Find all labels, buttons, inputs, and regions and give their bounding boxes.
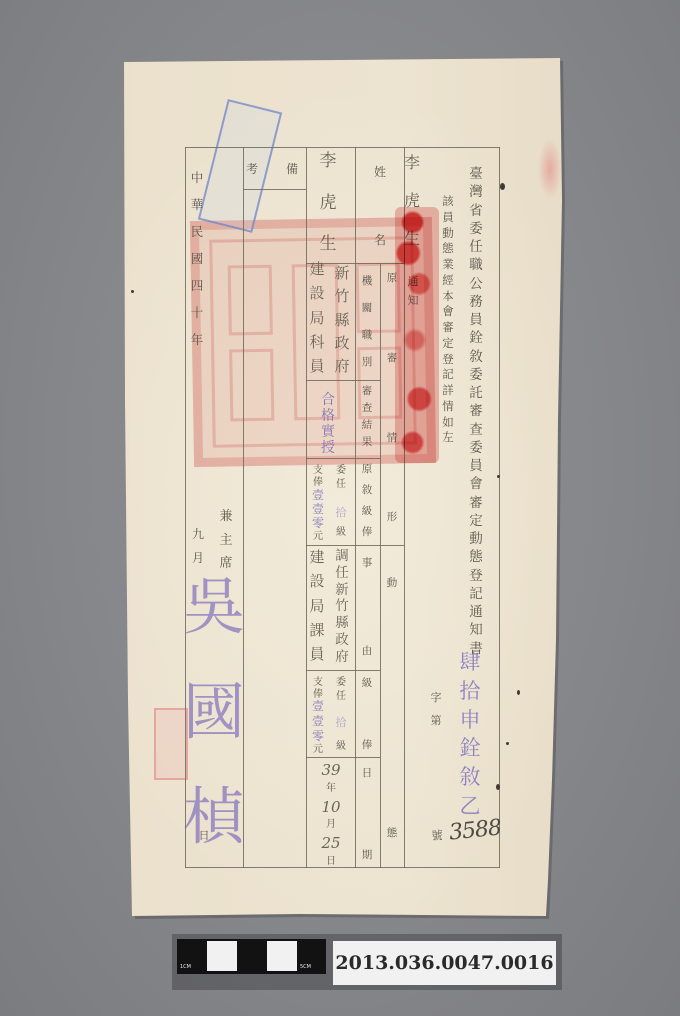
value-reason-line1: 調任新竹縣政府: [333, 550, 351, 664]
remarks-header: 備考: [246, 162, 298, 176]
label-reason: 事由: [360, 558, 374, 656]
document-subtitle: 該員動態業經本會審定登記詳情如左: [440, 196, 456, 444]
name-value: 李虎生: [317, 153, 339, 253]
value-original-grade: 拾: [334, 506, 348, 518]
value-review-result-stamp: 合格實授: [319, 393, 337, 455]
ink-speck: [496, 784, 500, 790]
value-change-pay-unit: 元: [311, 744, 325, 755]
name-header: 姓名: [372, 166, 388, 246]
signatory-title: 兼主席: [218, 510, 234, 570]
reference-zi-di: 字第: [429, 692, 443, 726]
ink-speck: [506, 742, 509, 745]
value-original-pay-label: 支俸: [311, 466, 325, 488]
label-date: 日期: [360, 768, 374, 860]
issue-date-month: 九月: [190, 528, 206, 564]
date-year-unit: 年: [326, 784, 336, 794]
value-change-grade: 拾: [334, 716, 348, 728]
scale-bar: 1CM 5CM: [177, 939, 326, 974]
value-change-pay: 壹壹零: [310, 700, 326, 742]
scale-end-label: 5CM: [300, 964, 311, 970]
value-reason-line2: 建設局課員: [308, 550, 326, 662]
ink-speck: [500, 183, 505, 190]
scale-start-label: 1CM: [180, 964, 191, 970]
value-original-rank: 委任: [334, 466, 348, 490]
reference-stamp: 肆拾申銓敘乙: [455, 652, 485, 817]
value-position: 建設局科員: [308, 262, 326, 374]
accession-number-label: 2013.036.0047.0016: [333, 941, 556, 985]
section-header-change: 動態: [385, 578, 399, 838]
label-review-result: 審查結果: [360, 386, 374, 448]
value-original-pay: 壹壹零: [310, 489, 326, 529]
value-change-pay-label: 支俸: [311, 678, 325, 700]
date-month: 10: [321, 800, 340, 815]
red-approval-seal: [395, 207, 439, 463]
label-original-grade-pay: 原敘級俸: [360, 464, 374, 538]
ink-speck: [497, 475, 500, 478]
date-year: 39: [321, 763, 340, 778]
value-change-grade-unit: 級: [334, 741, 348, 752]
photo-stage: 臺灣省委任職公務員銓敘委託審查委員會審定動態登記通知書 該員動態業經本會審定登記…: [0, 0, 680, 1016]
value-original-grade-unit: 級: [334, 527, 348, 538]
signatory-name-stamp: 吳國楨: [178, 576, 250, 848]
date-day-unit: 日: [326, 857, 336, 867]
value-agency: 新竹縣政府: [333, 266, 351, 374]
value-effective-date: 39 年 10 月 25 日: [316, 763, 346, 867]
date-month-unit: 月: [326, 820, 336, 830]
reference-hao: 號: [430, 829, 444, 841]
ink-speck: [517, 690, 520, 695]
label-grade-pay: 級俸: [360, 678, 374, 750]
document-title: 臺灣省委任職公務員銓敘委託審查委員會審定動態登記通知書: [467, 168, 485, 656]
red-stain: [538, 138, 562, 200]
issue-date-era-year: 中華民國四十年: [189, 172, 205, 347]
ink-speck: [131, 290, 134, 293]
value-original-pay-unit: 元: [311, 531, 325, 542]
date-day: 25: [321, 836, 340, 851]
value-change-rank: 委任: [334, 678, 348, 702]
label-agency-position: 機關職別: [360, 276, 374, 368]
